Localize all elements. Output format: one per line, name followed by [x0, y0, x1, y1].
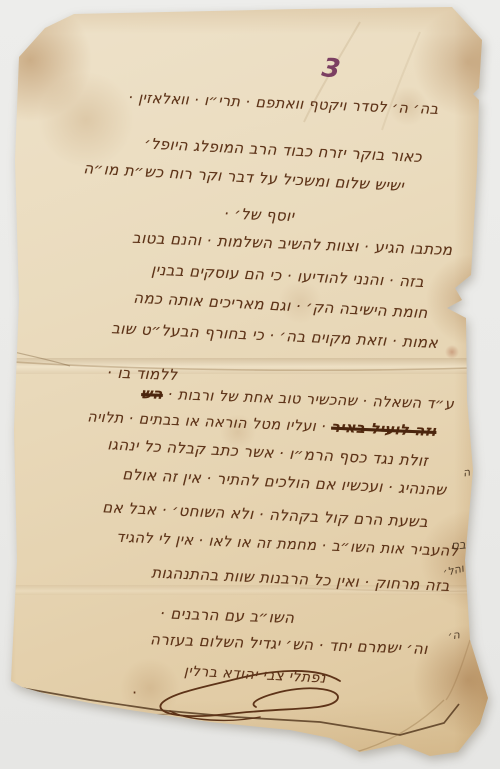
letter-line: בשעת הרם קול בקהלה · ולא השוחט׳ · אבל אם — [102, 498, 429, 531]
letter-line: להעביר אות השו״ב · מחמת זה או לאו · אין … — [116, 530, 459, 560]
letter-line-text: בשעת הרם קול בקהלה · ולא השוחט׳ · אבל אם — [102, 498, 429, 531]
letter-line: זולת נגד כסף הרמ״ו · אשר כתב קבלה כל ינה… — [107, 435, 429, 470]
letter-line-text: וה׳ ישמרם יחד · הש׳ יגדיל השלום בעזרה — [150, 630, 428, 658]
letter-line: וה׳ ישמרם יחד · הש׳ יגדיל השלום בעזרה — [150, 630, 428, 658]
strikethrough-text: הש — [141, 386, 163, 403]
letter-line: בזה מרחוק · ואין כל הרבנות שוות בהתנהגות — [151, 563, 450, 595]
margin-note: ה׳ — [447, 628, 460, 643]
letter-text-layer: בה׳ ה׳ לסדר ויקטף וואתפם · תרי״ו · וואלא… — [0, 0, 500, 769]
letter-line: ע״ד השאלה · שהכשיר טוב אחת של ורבות · הש — [141, 386, 454, 413]
letter-line: ללמוד בו · — [107, 364, 178, 384]
letter-line: השו״ב עם הרבנים · — [159, 604, 294, 627]
letter-line: חומת הישיבה הק׳ · וגם מאריכים אותה כמה — [133, 289, 428, 322]
letter-line-text: יוסף של׳ · — [223, 205, 294, 225]
letter-line: יוסף של׳ · — [223, 205, 294, 225]
letter-line-text: ע״ד השאלה · שהכשיר טוב אחת של ורבות · — [162, 387, 454, 413]
paper-shadow-wrap: 3 בה׳ ה׳ לסדר ויקטף וואתפם · תרי״ו · ווא… — [0, 0, 500, 769]
letter-line-text: להעביר אות השו״ב · מחמת זה או לאו · אין … — [116, 530, 459, 560]
letter-line: וזה לועיל באיר · ועליו מטל הוראה או בבתי… — [87, 409, 437, 440]
letter-line: בזה · והנני להודיעו · כי הם עוסקים בבנין — [151, 261, 425, 291]
signature-end-dot: · — [132, 683, 137, 702]
letter-line-text: אמות · וזאת מקוים בה׳ · כי בחורף הבעל״ט … — [111, 319, 438, 352]
letter-line: מכתבו הגיע · וצוות להשיב השלמות · והנם ב… — [131, 229, 452, 259]
letter-line-text: · ועליו מטל הוראה או בבתים · תלויה — [87, 409, 332, 435]
margin-note: ה — [462, 465, 471, 479]
letter-line-text: בזה · והנני להודיעו · כי הם עוסקים בבנין — [151, 261, 425, 291]
letter-line-text: ללמוד בו · — [107, 364, 178, 384]
letter-line-text: חומת הישיבה הק׳ · וגם מאריכים אותה כמה — [133, 289, 428, 322]
letter-line-text: זולת נגד כסף הרמ״ו · אשר כתב קבלה כל ינה… — [107, 435, 429, 470]
letter-line-text: בה׳ ה׳ לסדר ויקטף וואתפם · תרי״ו · וואלא… — [128, 90, 439, 118]
letter-line-text: בזה מרחוק · ואין כל הרבנות שוות בהתנהגות — [151, 563, 450, 595]
letter-line: ישיש שלום ומשכיל על דבר וקר רוח כש״ת מו״… — [83, 159, 405, 195]
letter-line-text: ישיש שלום ומשכיל על דבר וקר רוח כש״ת מו״… — [83, 159, 405, 195]
letter-line: שהנהיג · ועכשיו אם הולכים להתיר · אין זה… — [122, 465, 447, 499]
letter-line-text: מכתבו הגיע · וצוות להשיב השלמות · והנם ב… — [131, 229, 452, 259]
letter-line-text: כאור בוקר יזרח כבוד הרב המופלג היופל׳ — [144, 134, 422, 166]
letter-line-text: שהנהיג · ועכשיו אם הולכים להתיר · אין זה… — [122, 465, 447, 499]
margin-note: והל׳ — [442, 562, 466, 580]
margin-note: בס — [451, 537, 467, 552]
letter-line-text: השו״ב עם הרבנים · — [159, 604, 294, 627]
letter-line: בה׳ ה׳ לסדר ויקטף וואתפם · תרי״ו · וואלא… — [128, 90, 439, 118]
letter-line: כאור בוקר יזרח כבוד הרב המופלג היופל׳ — [144, 134, 422, 166]
manuscript-photo: 3 בה׳ ה׳ לסדר ויקטף וואתפם · תרי״ו · ווא… — [0, 0, 500, 769]
paper-sheet: 3 בה׳ ה׳ לסדר ויקטף וואתפם · תרי״ו · ווא… — [0, 0, 500, 769]
letter-line: אמות · וזאת מקוים בה׳ · כי בחורף הבעל״ט … — [111, 319, 438, 352]
strikethrough-text: וזה לועיל באיר — [330, 420, 436, 440]
signature-block: נפתלי צבי יהודא ברלין · — [140, 655, 350, 735]
